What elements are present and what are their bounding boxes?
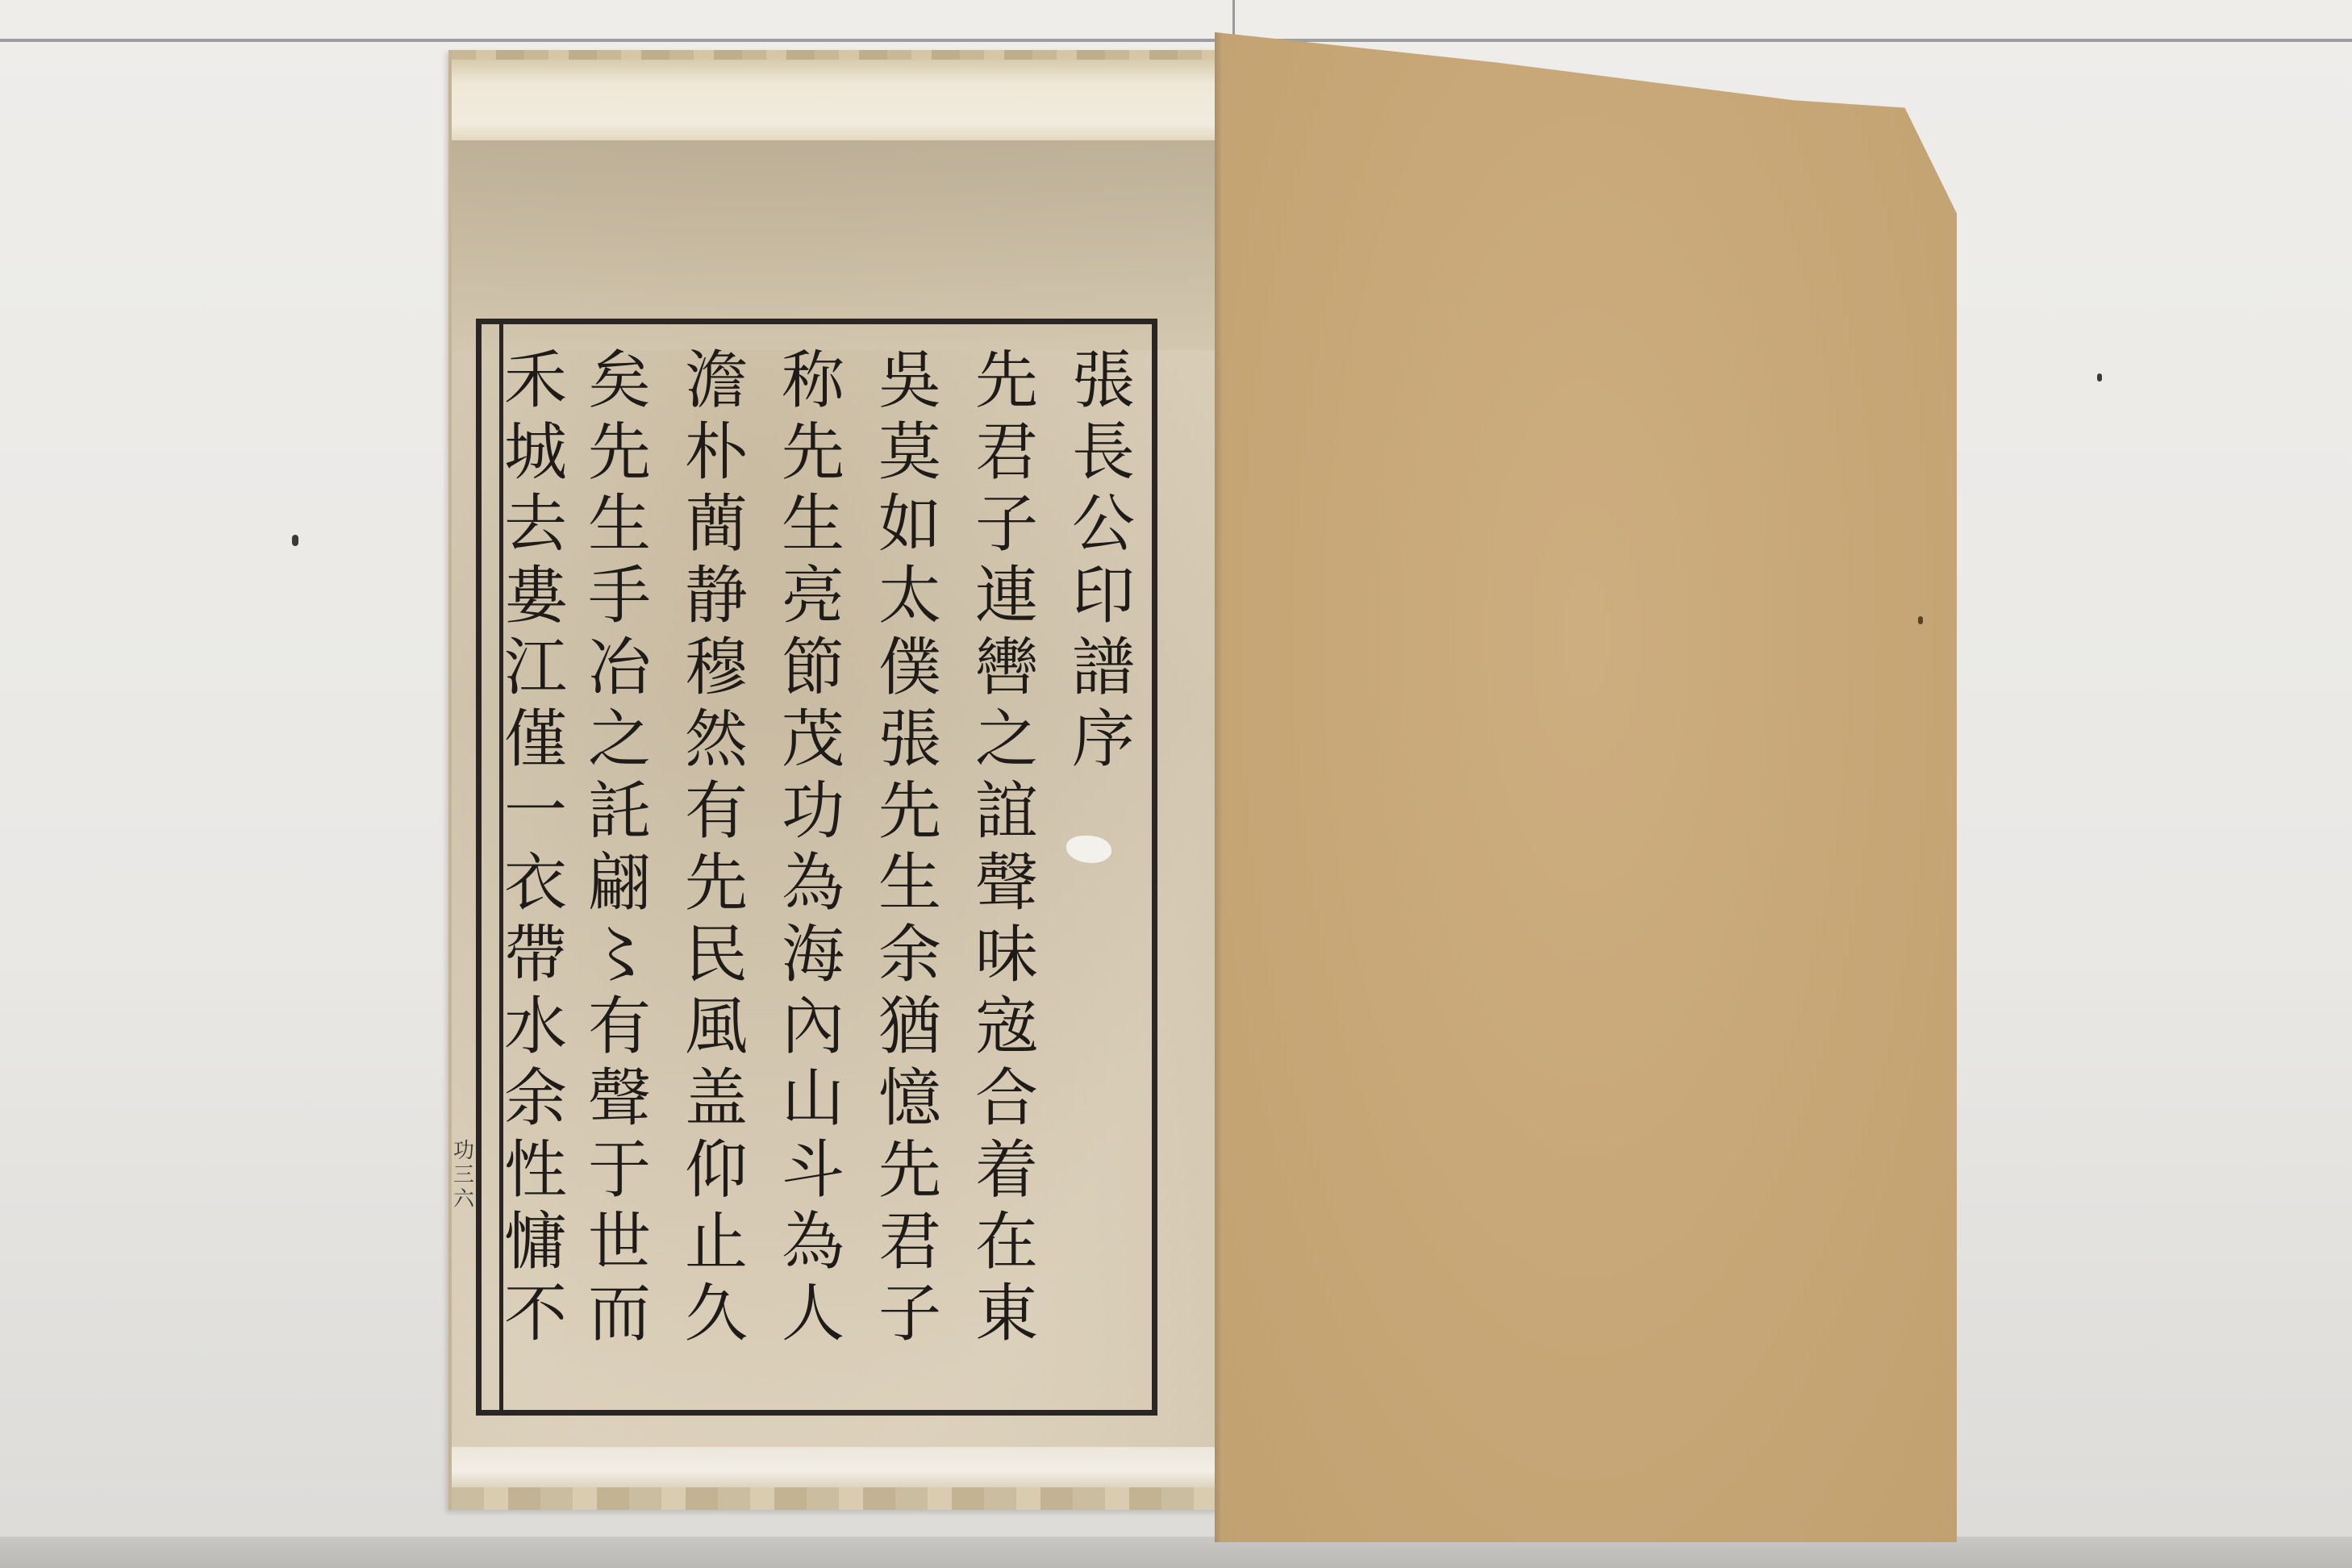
glyph: 朴 bbox=[685, 417, 748, 489]
glyph: 譜 bbox=[1072, 632, 1135, 704]
text-column: 吳莫如太僕張先生余猶憶先君子 bbox=[865, 345, 954, 1350]
glyph: 吳 bbox=[878, 345, 941, 417]
glyph: 之 bbox=[588, 704, 651, 776]
glyph: 称 bbox=[782, 345, 844, 417]
glyph: 轡 bbox=[975, 632, 1038, 704]
preface-page: 功三六 張長公印譜序 先君子連轡之誼聲味宼合着在東 吳莫如太僕張先生余猶憶先君子… bbox=[448, 50, 1222, 1510]
glyph: 先 bbox=[878, 1135, 941, 1207]
glyph: 先 bbox=[685, 848, 748, 920]
glyph: 風 bbox=[685, 991, 748, 1063]
margin-glyph: 功 bbox=[453, 1139, 474, 1163]
glyph: 海 bbox=[782, 920, 844, 991]
margin-glyph: 六 bbox=[453, 1187, 474, 1211]
glyph: 生 bbox=[782, 489, 844, 561]
glyph: 先 bbox=[878, 776, 941, 848]
glyph: 君 bbox=[878, 1207, 941, 1278]
glyph: 而 bbox=[588, 1278, 651, 1350]
glyph: 性 bbox=[504, 1135, 567, 1207]
table-surface bbox=[0, 1537, 2352, 1568]
glyph: 誼 bbox=[975, 776, 1038, 848]
glyph: 静 bbox=[685, 561, 748, 632]
glyph: 內 bbox=[782, 991, 844, 1063]
glyph: 聲 bbox=[588, 1063, 651, 1135]
glyph: 衣 bbox=[504, 848, 567, 920]
glyph: 功 bbox=[782, 776, 844, 848]
glyph: 手 bbox=[588, 561, 651, 632]
text-column: 先君子連轡之誼聲味宼合着在東 bbox=[962, 345, 1051, 1350]
glyph: 託 bbox=[588, 776, 651, 848]
glyph: 穆 bbox=[685, 632, 748, 704]
glyph: 張 bbox=[878, 704, 941, 776]
glyph: 去 bbox=[504, 489, 567, 561]
glyph: 山 bbox=[782, 1063, 844, 1135]
glyph: 然 bbox=[685, 704, 748, 776]
glyph: 先 bbox=[975, 345, 1038, 417]
glyph: 莫 bbox=[878, 417, 941, 489]
glyph: 連 bbox=[975, 561, 1038, 632]
glyph: 世 bbox=[588, 1207, 651, 1278]
glyph: 張 bbox=[1072, 345, 1135, 417]
glyph: 于 bbox=[588, 1135, 651, 1207]
wall-rail bbox=[0, 39, 2352, 42]
text-column: 澹朴蕳静穆然有先民風盖仰止久 bbox=[672, 345, 761, 1350]
glyph: 先 bbox=[588, 417, 651, 489]
cover-spot bbox=[1918, 616, 1923, 624]
glyph: 不 bbox=[504, 1278, 567, 1350]
glyph: 子 bbox=[878, 1278, 941, 1350]
margin-note: 功三六 bbox=[452, 1139, 476, 1211]
glyph: 蕳 bbox=[685, 489, 748, 561]
wall-spot bbox=[292, 535, 298, 546]
printed-frame: 張長公印譜序 先君子連轡之誼聲味宼合着在東 吳莫如太僕張先生余猶憶先君子 称先生… bbox=[476, 319, 1157, 1416]
text-column: 称先生亮節茂功為海內山斗為人 bbox=[769, 345, 857, 1350]
glyph: 太 bbox=[878, 561, 941, 632]
glyph: 帶 bbox=[504, 920, 567, 991]
glyph: 聲 bbox=[975, 848, 1038, 920]
wall-spot bbox=[2097, 373, 2102, 382]
glyph: 在 bbox=[975, 1207, 1038, 1278]
glyph: 水 bbox=[504, 991, 567, 1063]
text-column: 禾城去婁江僅一衣帶水余性慵不 bbox=[491, 345, 580, 1350]
glyph: 茂 bbox=[782, 704, 844, 776]
glyph: 生 bbox=[588, 489, 651, 561]
glyph: 印 bbox=[1072, 561, 1135, 632]
glyph: 長 bbox=[1072, 417, 1135, 489]
glyph: 禾 bbox=[504, 345, 567, 417]
book-cover bbox=[1215, 32, 1957, 1542]
glyph: 盖 bbox=[685, 1063, 748, 1135]
glyph: 冶 bbox=[588, 632, 651, 704]
glyph: 如 bbox=[878, 489, 941, 561]
glyph: 一 bbox=[504, 776, 567, 848]
glyph: 民 bbox=[685, 920, 748, 991]
glyph: 僅 bbox=[504, 704, 567, 776]
cover-fold bbox=[1215, 32, 1223, 1542]
glyph: 先 bbox=[782, 417, 844, 489]
glyph: 余 bbox=[878, 920, 941, 991]
cover-spot bbox=[2320, 48, 2324, 55]
glyph: 仰 bbox=[685, 1135, 748, 1207]
page-bottom-margin bbox=[452, 1447, 1222, 1487]
glyph: 着 bbox=[975, 1135, 1038, 1207]
glyph: 婁 bbox=[504, 561, 567, 632]
text-column: 矣先生手冶之託翩〻有聲于世而 bbox=[575, 345, 664, 1350]
glyph: 生 bbox=[878, 848, 941, 920]
glyph: 君 bbox=[975, 417, 1038, 489]
glyph: 〻 bbox=[588, 920, 651, 991]
glyph: 為 bbox=[782, 1207, 844, 1278]
glyph: 澹 bbox=[685, 345, 748, 417]
text-column-title: 張長公印譜序 bbox=[1059, 345, 1148, 776]
glyph: 味 bbox=[975, 920, 1038, 991]
page-bottom-edge bbox=[452, 1487, 1222, 1510]
glyph: 節 bbox=[782, 632, 844, 704]
glyph: 宼 bbox=[975, 991, 1038, 1063]
glyph: 余 bbox=[504, 1063, 567, 1135]
glyph: 亮 bbox=[782, 561, 844, 632]
glyph: 子 bbox=[975, 489, 1038, 561]
glyph: 斗 bbox=[782, 1135, 844, 1207]
glyph: 矣 bbox=[588, 345, 651, 417]
glyph: 之 bbox=[975, 704, 1038, 776]
glyph: 有 bbox=[685, 776, 748, 848]
glyph: 合 bbox=[975, 1063, 1038, 1135]
margin-glyph: 三 bbox=[453, 1163, 474, 1187]
glyph: 止 bbox=[685, 1207, 748, 1278]
glyph: 翩 bbox=[588, 848, 651, 920]
glyph: 城 bbox=[504, 417, 567, 489]
glyph: 有 bbox=[588, 991, 651, 1063]
glyph: 僕 bbox=[878, 632, 941, 704]
glyph: 憶 bbox=[878, 1063, 941, 1135]
glyph: 為 bbox=[782, 848, 844, 920]
glyph: 久 bbox=[685, 1278, 748, 1350]
glyph: 人 bbox=[782, 1278, 844, 1350]
glyph: 慵 bbox=[504, 1207, 567, 1278]
glyph: 猶 bbox=[878, 991, 941, 1063]
glyph: 江 bbox=[504, 632, 567, 704]
page-top-margin bbox=[452, 60, 1222, 140]
glyph: 序 bbox=[1072, 704, 1135, 776]
glyph: 公 bbox=[1072, 489, 1135, 561]
glyph: 東 bbox=[975, 1278, 1038, 1350]
